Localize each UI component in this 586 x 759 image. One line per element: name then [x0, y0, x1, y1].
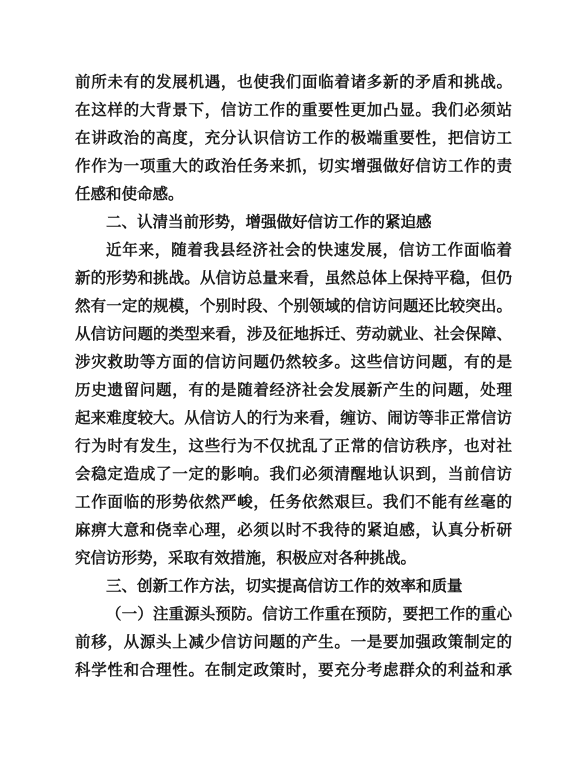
- paragraph-continuation: 前所未有的发展机遇，也使我们面临着诸多新的矛盾和挑战。 在这样的大背景下，信访工…: [75, 69, 512, 209]
- text-line: 作作为一项重大的政治任务来抓，切实增强做好信访工作的责: [75, 153, 512, 181]
- text-line: 工作面临的形势依然严峻，任务依然艰巨。我们不能有丝毫的: [75, 489, 512, 517]
- text-line: 行为时有发生，这些行为不仅扰乱了正常的信访秩序，也对社: [75, 433, 512, 461]
- text-line: 究信访形势，采取有效措施，积极应对各种挑战。: [75, 545, 512, 573]
- section-heading-2: 二、认清当前形势，增强做好信访工作的紧迫感: [75, 209, 512, 237]
- text-line: 任感和使命感。: [75, 181, 512, 209]
- text-line: 然有一定的规模，个别时段、个别领域的信访问题还比较突出。: [75, 293, 512, 321]
- text-line: 麻痹大意和侥幸心理，必须以时不我待的紧迫感，认真分析研: [75, 517, 512, 545]
- text-line: 会稳定造成了一定的影响。我们必须清醒地认识到，当前信访: [75, 461, 512, 489]
- text-line: （一）注重源头预防。信访工作重在预防，要把工作的重心: [75, 601, 512, 629]
- text-line: 科学性和合理性。在制定政策时，要充分考虑群众的利益和承: [75, 657, 512, 685]
- paragraph: （一）注重源头预防。信访工作重在预防，要把工作的重心 前移，从源头上减少信访问题…: [75, 601, 512, 685]
- text-line: 前所未有的发展机遇，也使我们面临着诸多新的矛盾和挑战。: [75, 69, 512, 97]
- section-heading-3: 三、创新工作方法，切实提高信访工作的效率和质量: [75, 573, 512, 601]
- text-line: 涉灾救助等方面的信访问题仍然较多。这些信访问题，有的是: [75, 349, 512, 377]
- text-line: 历史遗留问题，有的是随着经济社会发展新产生的问题，处理: [75, 377, 512, 405]
- text-line: 从信访问题的类型来看，涉及征地拆迁、劳动就业、社会保障、: [75, 321, 512, 349]
- text-line: 起来难度较大。从信访人的行为来看，缠访、闹访等非正常信访: [75, 405, 512, 433]
- heading-line: 三、创新工作方法，切实提高信访工作的效率和质量: [75, 573, 512, 601]
- text-line: 前移，从源头上减少信访问题的产生。一是要加强政策制定的: [75, 629, 512, 657]
- paragraph: 近年来，随着我县经济社会的快速发展，信访工作面临着 新的形势和挑战。从信访总量来…: [75, 237, 512, 573]
- heading-line: 二、认清当前形势，增强做好信访工作的紧迫感: [75, 209, 512, 237]
- text-line: 近年来，随着我县经济社会的快速发展，信访工作面临着: [75, 237, 512, 265]
- text-line: 新的形势和挑战。从信访总量来看，虽然总体上保持平稳，但仍: [75, 265, 512, 293]
- text-line: 在讲政治的高度，充分认识信访工作的极端重要性，把信访工: [75, 125, 512, 153]
- document-content: 前所未有的发展机遇，也使我们面临着诸多新的矛盾和挑战。 在这样的大背景下，信访工…: [75, 69, 512, 685]
- document-page: 前所未有的发展机遇，也使我们面临着诸多新的矛盾和挑战。 在这样的大背景下，信访工…: [0, 0, 586, 759]
- text-line: 在这样的大背景下，信访工作的重要性更加凸显。我们必须站: [75, 97, 512, 125]
